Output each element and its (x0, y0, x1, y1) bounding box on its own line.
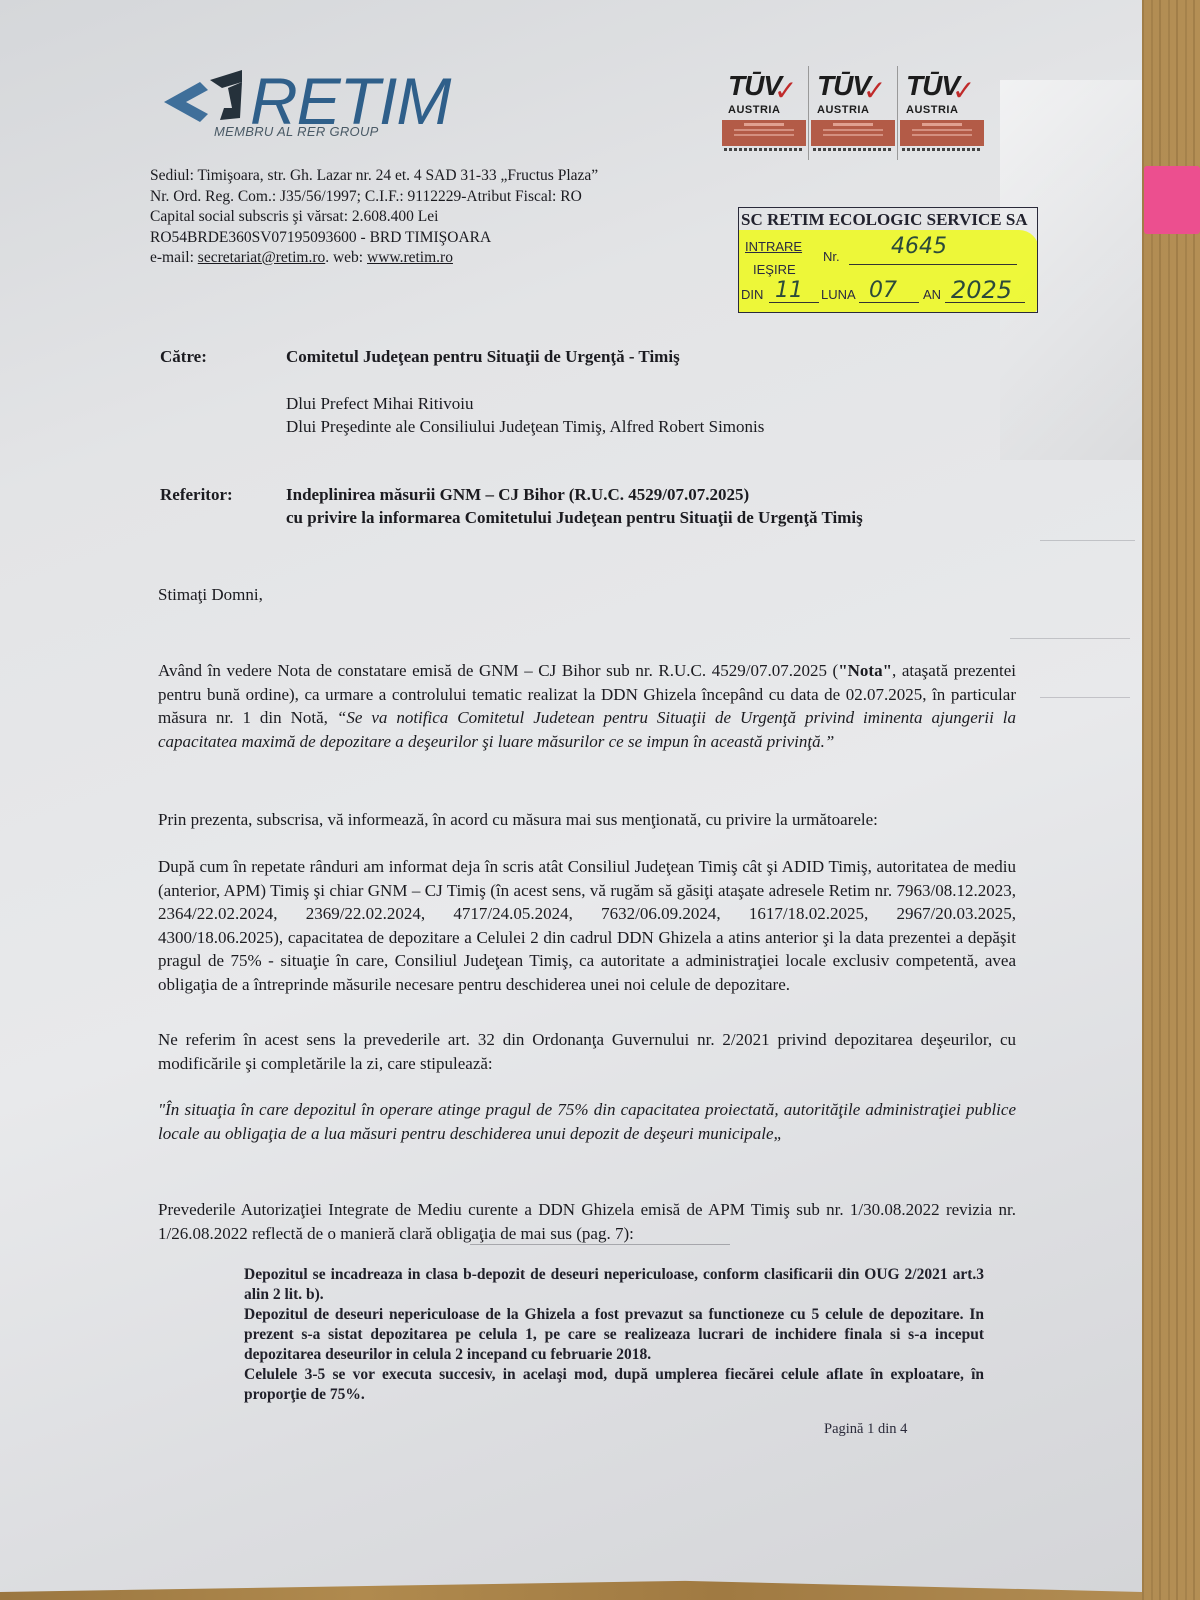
page-number: Pagină 1 din 4 (824, 1421, 907, 1438)
wooden-table-surface (1142, 0, 1200, 1600)
excerpt-line: Celulele 3-5 se vor executa succesiv, in… (244, 1365, 984, 1405)
tuv-country: AUSTRIA (906, 104, 958, 116)
recipient-president: Dlui Preşedinte ale Consiliului Judeţean… (286, 415, 764, 439)
certificate-band (722, 120, 806, 146)
reference-line-2: cu privire la informarea Comitetului Jud… (286, 506, 863, 530)
paragraph-law-quote: "În situaţia în care depozitul în operar… (158, 1098, 1016, 1145)
paragraph-intro: Prin prezenta, subscrisa, vă informează,… (158, 808, 1016, 832)
retim-arrow-logo-icon (162, 68, 252, 128)
tuv-country: AUSTRIA (728, 104, 780, 116)
tuv-austria-badge: TŪV ✓ AUSTRIA (811, 66, 898, 160)
web-link[interactable]: www.retim.ro (367, 249, 453, 266)
din-label: DIN (741, 287, 763, 302)
paragraph-authorization: Prevederile Autorizaţiei Integrate de Me… (158, 1198, 1016, 1245)
certificate-band (900, 120, 984, 146)
tuv-austria-badge: TŪV ✓ AUSTRIA (722, 66, 809, 160)
luna-label: LUNA (821, 287, 856, 302)
registry-stamp: SC RETIM ECOLOGIC SERVICE SA INTRARE IEŞ… (738, 207, 1038, 313)
reference-line-1: Indeplinirea măsurii GNM – CJ Bihor (R.U… (286, 483, 749, 507)
registry-year: 2025 (951, 276, 1012, 304)
company-details: Sediul: Timişoara, str. Gh. Lazar nr. 24… (150, 166, 710, 269)
paragraph-context: Având în vedere Nota de constatare emisă… (158, 659, 1016, 753)
addressee-label: Către: (160, 345, 207, 369)
checkmark-icon: ✓ (774, 74, 797, 107)
authorization-excerpt: Depozitul se incadreaza in clasa b-depoz… (244, 1265, 984, 1405)
email-label: e-mail: (150, 249, 198, 266)
certificate-band (811, 120, 895, 146)
excerpt-line: Depozitul de deseuri nepericuloase de la… (244, 1305, 984, 1365)
company-address: Sediul: Timişoara, str. Gh. Lazar nr. 24… (150, 166, 710, 187)
stamp-title: SC RETIM ECOLOGIC SERVICE SA (741, 210, 1028, 230)
checkmark-icon: ✓ (863, 74, 886, 107)
recipient-prefect: Dlui Prefect Mihai Ritivoiu (286, 392, 473, 416)
reference-label: Referitor: (160, 483, 233, 507)
addressee-committee: Comitetul Judeţean pentru Situaţii de Ur… (286, 345, 680, 369)
registry-number: 4645 (891, 234, 947, 259)
tuv-austria-badge: TŪV ✓ AUSTRIA (900, 66, 986, 160)
email-link[interactable]: secretariat@retim.ro (198, 249, 325, 266)
salutation: Stimaţi Domni, (158, 583, 263, 607)
paragraph-history: După cum în repetate rânduri am informat… (158, 855, 1016, 996)
company-contact: e-mail: secretariat@retim.ro. web: www.r… (150, 248, 710, 269)
retim-logo: RETIM MEMBRU AL RER GROUP (162, 68, 462, 158)
excerpt-line: Depozitul se incadreaza in clasa b-depoz… (244, 1265, 984, 1305)
nr-label: Nr. (823, 249, 840, 264)
an-label: AN (923, 287, 941, 302)
tuv-country: AUSTRIA (817, 104, 869, 116)
intrare-label: INTRARE (745, 239, 802, 254)
letter-page: RETIM MEMBRU AL RER GROUP Sediul: Timişo… (0, 0, 1142, 1592)
web-label: . web: (325, 249, 367, 266)
company-registry: Nr. Ord. Reg. Com.: J35/56/1997; C.I.F.:… (150, 187, 710, 208)
pink-sticky-tab (1144, 166, 1200, 234)
company-capital: Capital social subscris şi vărsat: 2.608… (150, 207, 710, 228)
iesire-label: IEŞIRE (753, 262, 796, 277)
paragraph-legal-basis: Ne referim în acest sens la prevederile … (158, 1028, 1016, 1075)
checkmark-icon: ✓ (952, 74, 975, 107)
registry-month: 07 (869, 278, 897, 303)
certification-badges: TŪV ✓ AUSTRIA TŪV ✓ AUSTRIA TŪV ✓ AUSTRI… (722, 66, 986, 162)
company-iban: RO54BRDE360SV07195093600 - BRD TIMIŞOARA (150, 228, 710, 249)
registry-day: 11 (775, 278, 803, 303)
logo-subtitle: MEMBRU AL RER GROUP (214, 124, 379, 139)
